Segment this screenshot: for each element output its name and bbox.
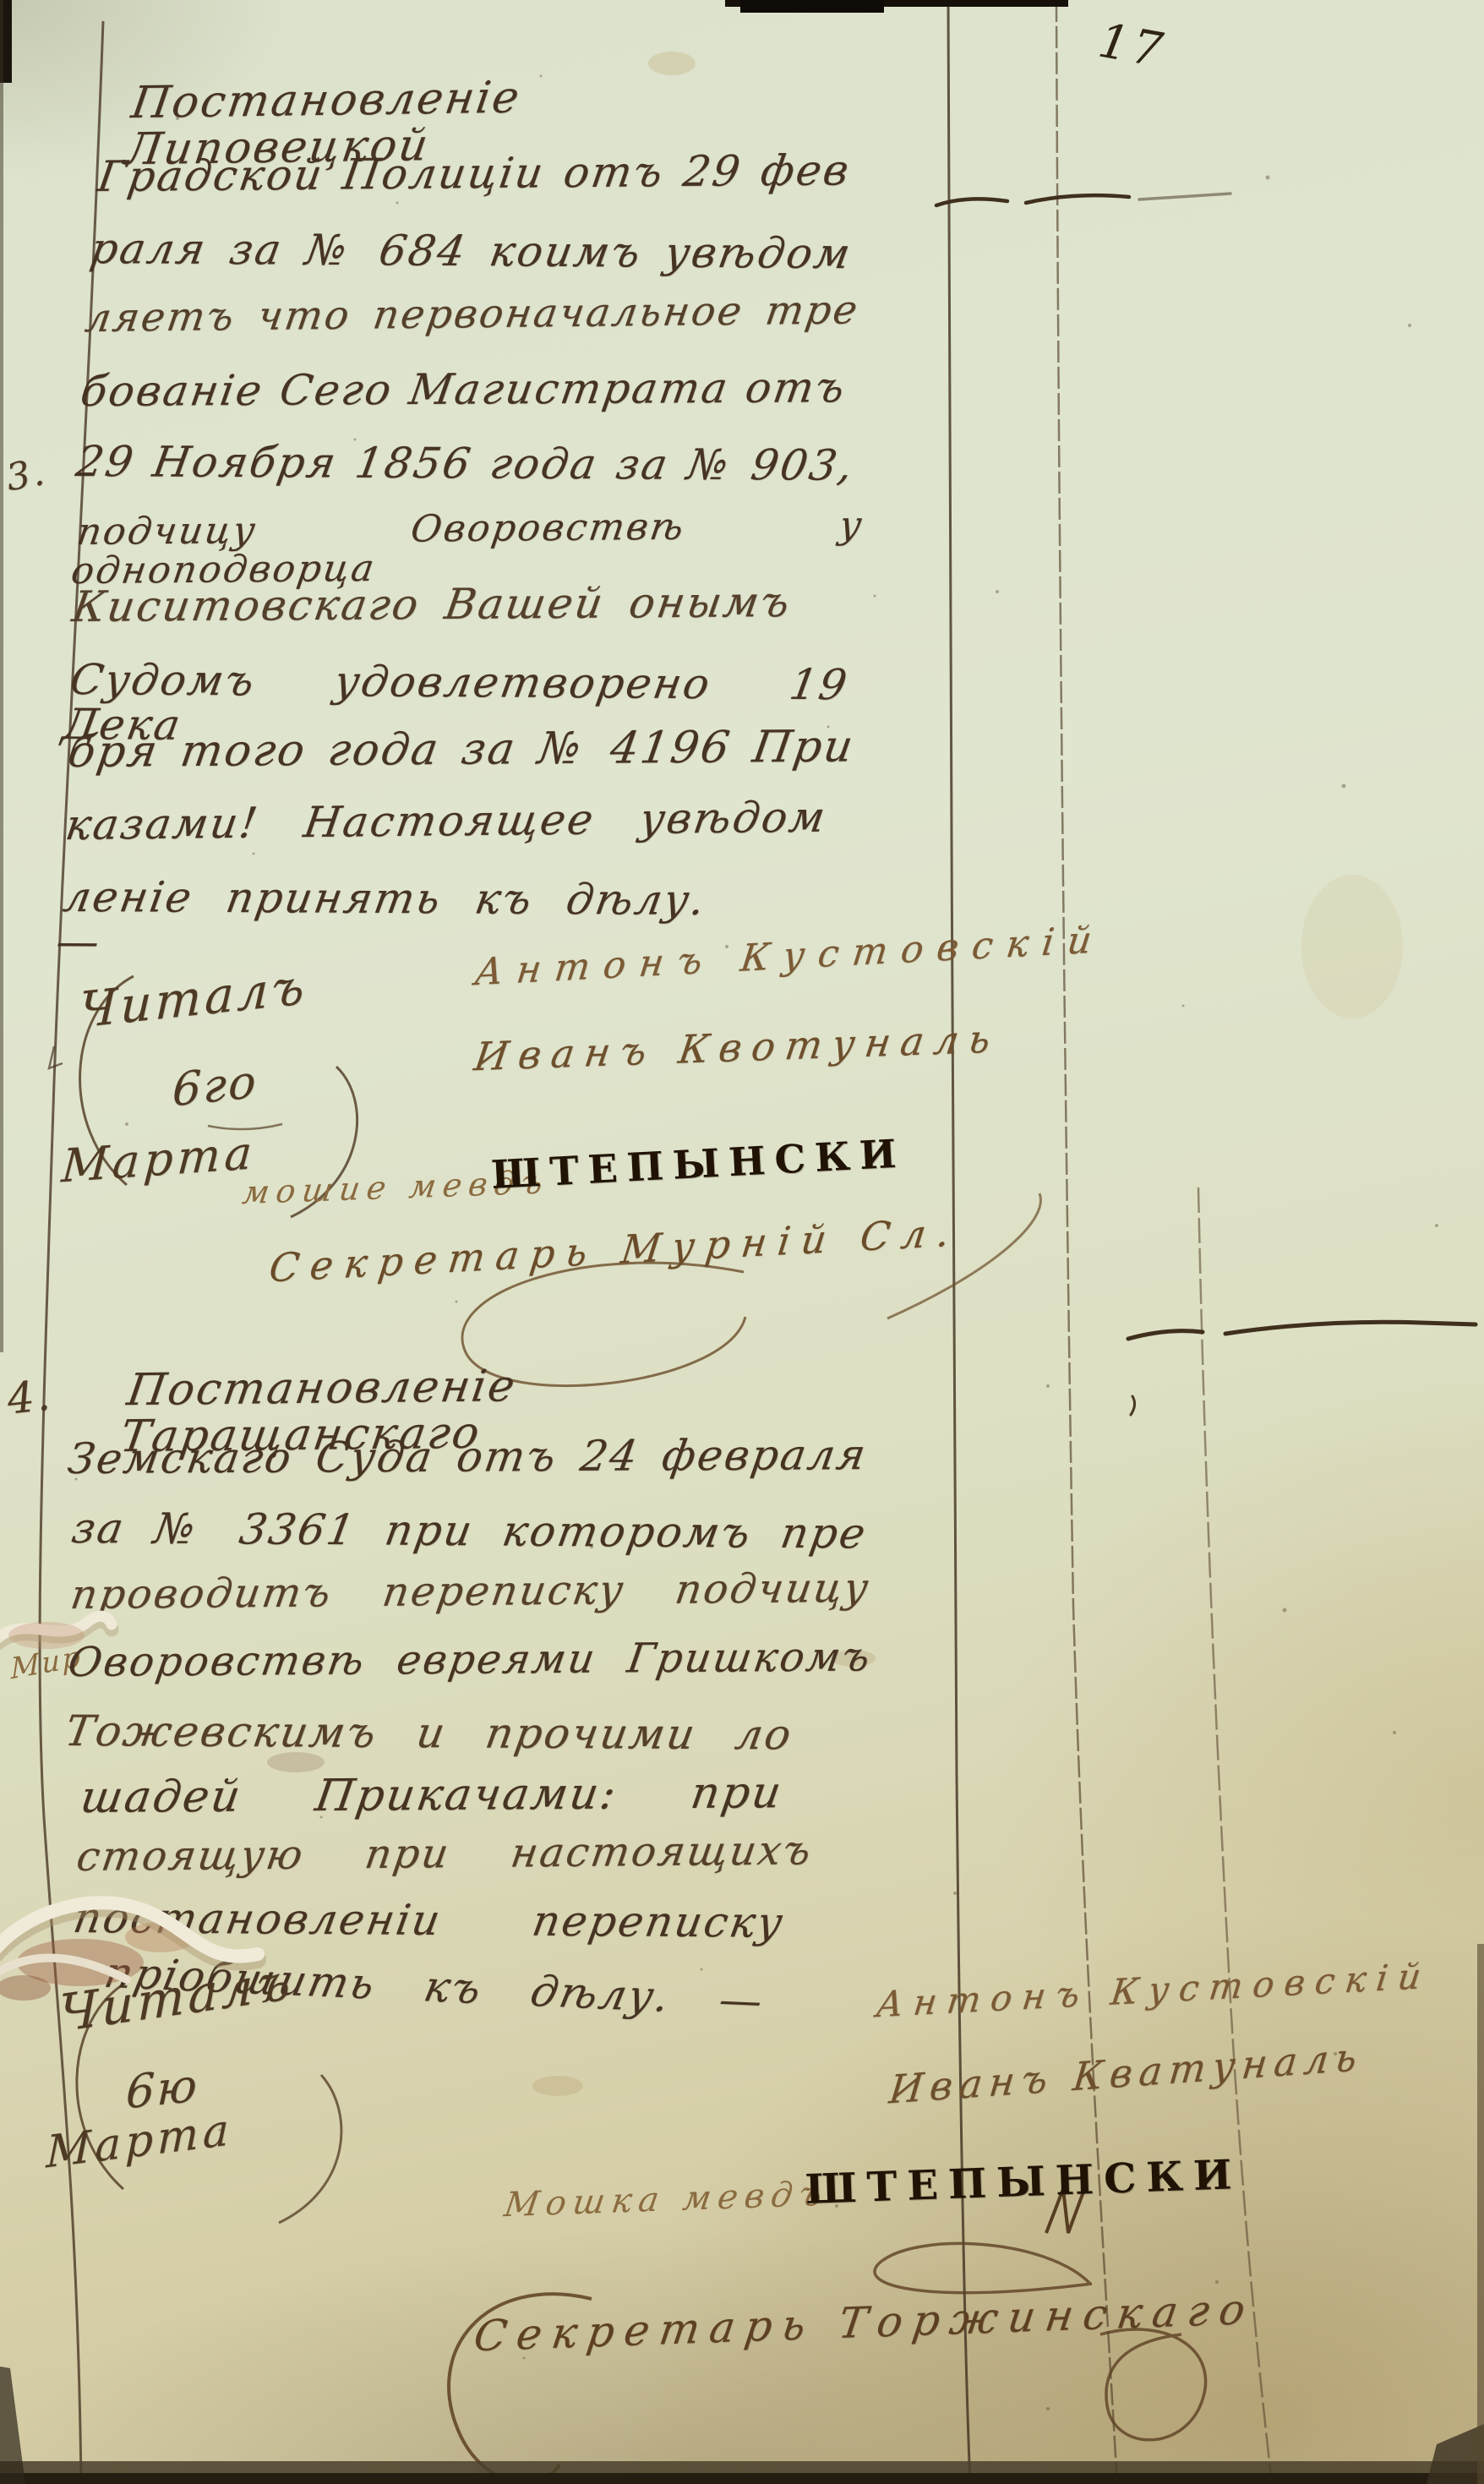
scan-edge-right bbox=[1477, 1944, 1484, 2484]
scan-artifacts bbox=[0, 0, 1484, 2484]
scan-edge-top bbox=[740, 0, 884, 13]
scan-edge-bottom bbox=[0, 2473, 1484, 2484]
scan-edge-left bbox=[0, 0, 3, 1352]
scan-edge-bottom-right bbox=[1427, 2424, 1484, 2484]
thread-stain bbox=[8, 1622, 85, 1649]
scan-edge-bottom-left bbox=[0, 2367, 25, 2484]
manuscript-page: 17 3. Постановленіе Липовецкой Градской … bbox=[0, 0, 1484, 2484]
